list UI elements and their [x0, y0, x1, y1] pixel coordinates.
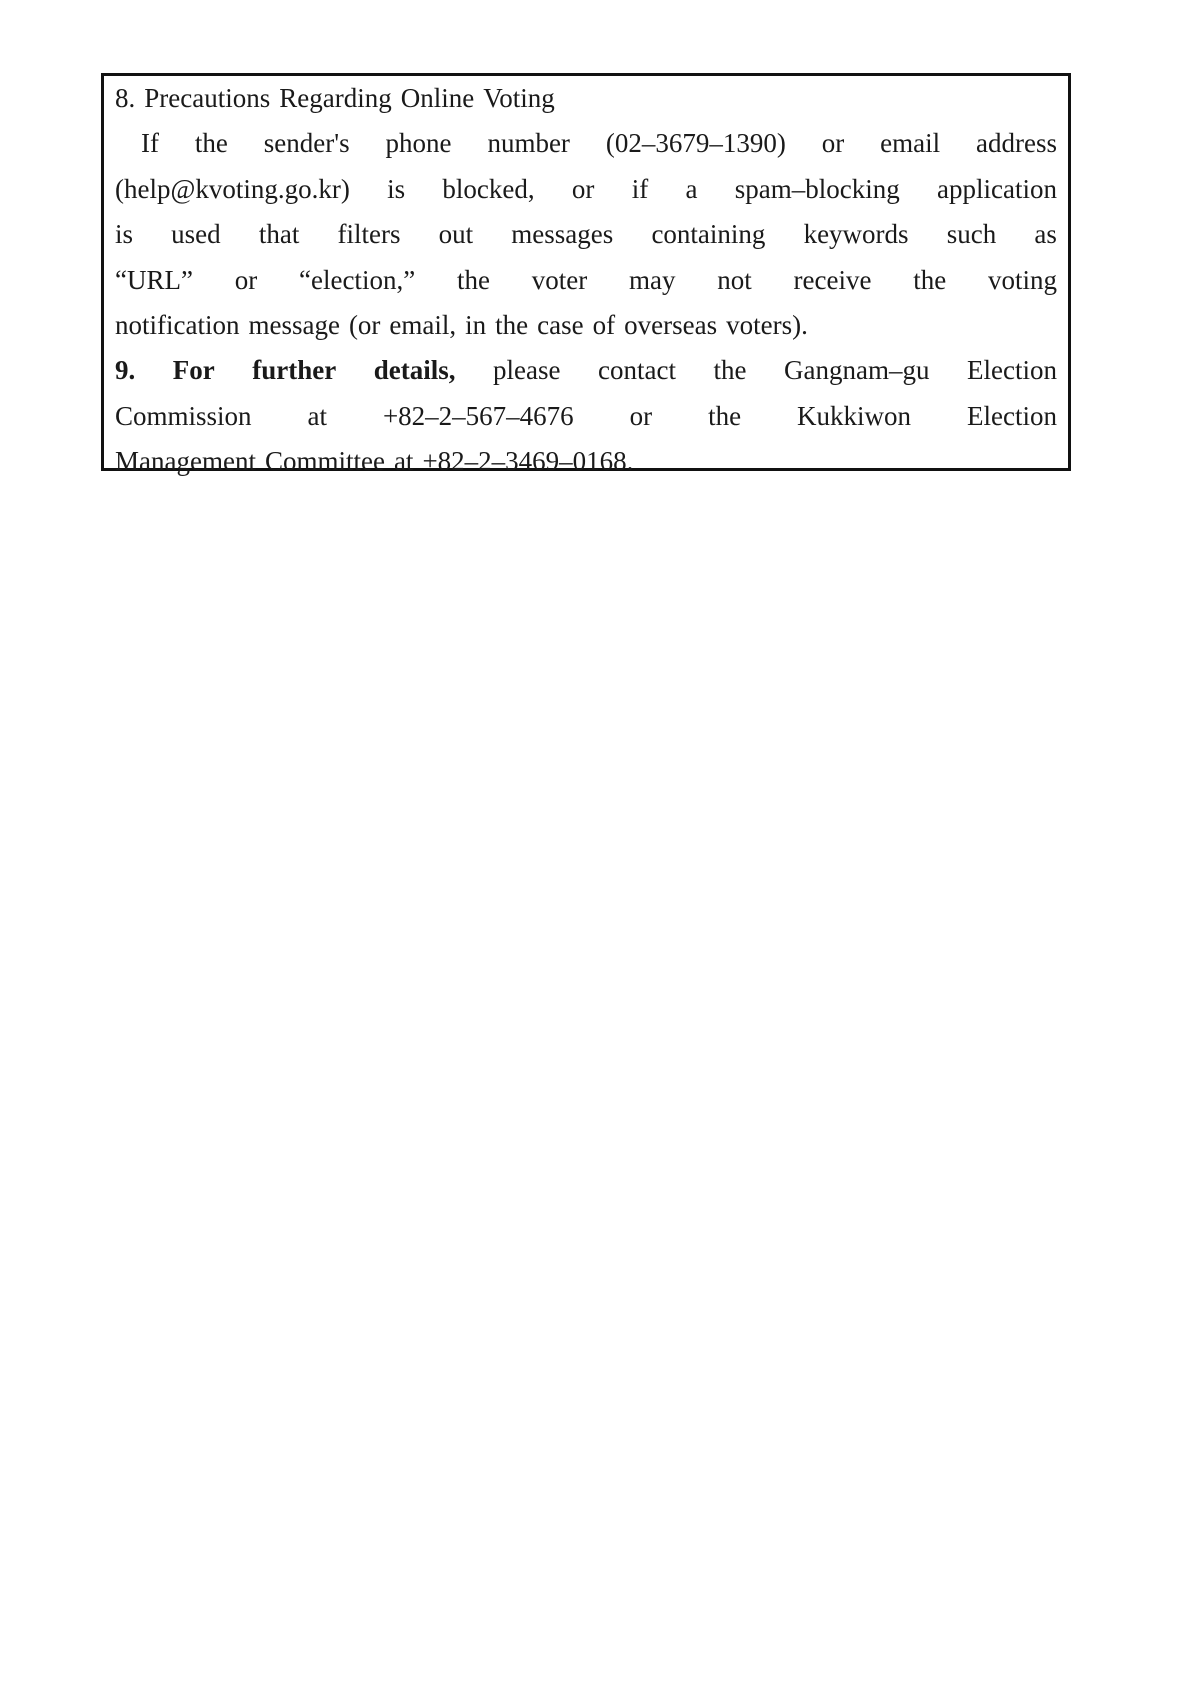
word: Gangnam–gu [784, 350, 929, 390]
word: a [685, 169, 697, 209]
section-8-line-4: “URL”or“election,”thevotermaynotreceivet… [115, 260, 1057, 305]
word: email, [389, 305, 456, 345]
word: the [195, 123, 228, 163]
section-9-line-1: 9.Forfurtherdetails,pleasecontacttheGang… [115, 350, 1057, 395]
word: at [307, 396, 327, 436]
word: messages [511, 214, 613, 254]
word: phone [386, 123, 452, 163]
word: containing [651, 214, 765, 254]
word: contact [598, 350, 676, 390]
word: or [235, 260, 258, 300]
word: If [141, 123, 159, 163]
word: the [457, 260, 490, 300]
word: details, [374, 350, 456, 390]
word: as [1034, 214, 1057, 254]
section-9-line-2: Commissionat+82–2–567–4676ortheKukkiwonE… [115, 396, 1057, 441]
word: Precautions [144, 78, 270, 118]
word: Election [967, 350, 1057, 390]
word: Commission [115, 396, 252, 436]
word: Kukkiwon [797, 396, 911, 436]
word: not [717, 260, 752, 300]
word: such [947, 214, 997, 254]
word: that [259, 214, 300, 254]
word: case [537, 305, 583, 345]
word: (help@kvoting.go.kr) [115, 169, 350, 209]
word: overseas [624, 305, 717, 345]
word: or [630, 396, 653, 436]
word: For [173, 350, 215, 390]
word: (or [349, 305, 380, 345]
word: at [394, 441, 414, 481]
word: voter [532, 260, 587, 300]
notice-content: 8.PrecautionsRegardingOnlineVoting Ifthe… [115, 78, 1057, 487]
word: filters [337, 214, 400, 254]
word: or [572, 169, 595, 209]
word: used [171, 214, 221, 254]
word: +82–2–3469–0168. [422, 441, 633, 481]
word: notification [115, 305, 239, 345]
word: number [487, 123, 569, 163]
section-9-line-3: ManagementCommitteeat+82–2–3469–0168. [115, 441, 1057, 486]
word: is [115, 214, 133, 254]
word: “URL” [115, 260, 193, 300]
word: the [708, 396, 741, 436]
word: out [439, 214, 474, 254]
word: “election,” [299, 260, 415, 300]
word: receive [794, 260, 872, 300]
word: the [714, 350, 747, 390]
word: Election [967, 396, 1057, 436]
word: +82–2–567–4676 [383, 396, 574, 436]
word: further [252, 350, 336, 390]
word: if [632, 169, 649, 209]
word: keywords [804, 214, 909, 254]
word: message [248, 305, 339, 345]
word: 9. [115, 350, 135, 390]
word: (02–3679–1390) [606, 123, 786, 163]
word: email [880, 123, 940, 163]
word: application [937, 169, 1057, 209]
word: address [976, 123, 1057, 163]
word: voters). [726, 305, 808, 345]
word: the [913, 260, 946, 300]
word: sender's [264, 123, 350, 163]
word: or [822, 123, 845, 163]
word: please [493, 350, 560, 390]
section-8-line-3: isusedthatfiltersoutmessagescontainingke… [115, 214, 1057, 259]
word: the [495, 305, 528, 345]
notice-box: 8.PrecautionsRegardingOnlineVoting Ifthe… [101, 73, 1071, 471]
word: spam–blocking [735, 169, 900, 209]
word: voting [988, 260, 1057, 300]
section-8-heading: 8.PrecautionsRegardingOnlineVoting [115, 78, 1057, 123]
word: Voting [483, 78, 555, 118]
section-8-line-1: Ifthesender'sphonenumber(02–3679–1390)or… [115, 123, 1057, 168]
section-8-line-5: notificationmessage(oremail,inthecaseofo… [115, 305, 1057, 350]
word: may [629, 260, 676, 300]
word: 8. [115, 78, 135, 118]
word: blocked, [442, 169, 534, 209]
word: of [593, 305, 616, 345]
word: Online [401, 78, 475, 118]
word: is [387, 169, 405, 209]
word: Regarding [279, 78, 391, 118]
word: Management [115, 441, 256, 481]
word: Committee [265, 441, 385, 481]
section-8-line-2: (help@kvoting.go.kr)isblocked,orifaspam–… [115, 169, 1057, 214]
word: in [465, 305, 486, 345]
